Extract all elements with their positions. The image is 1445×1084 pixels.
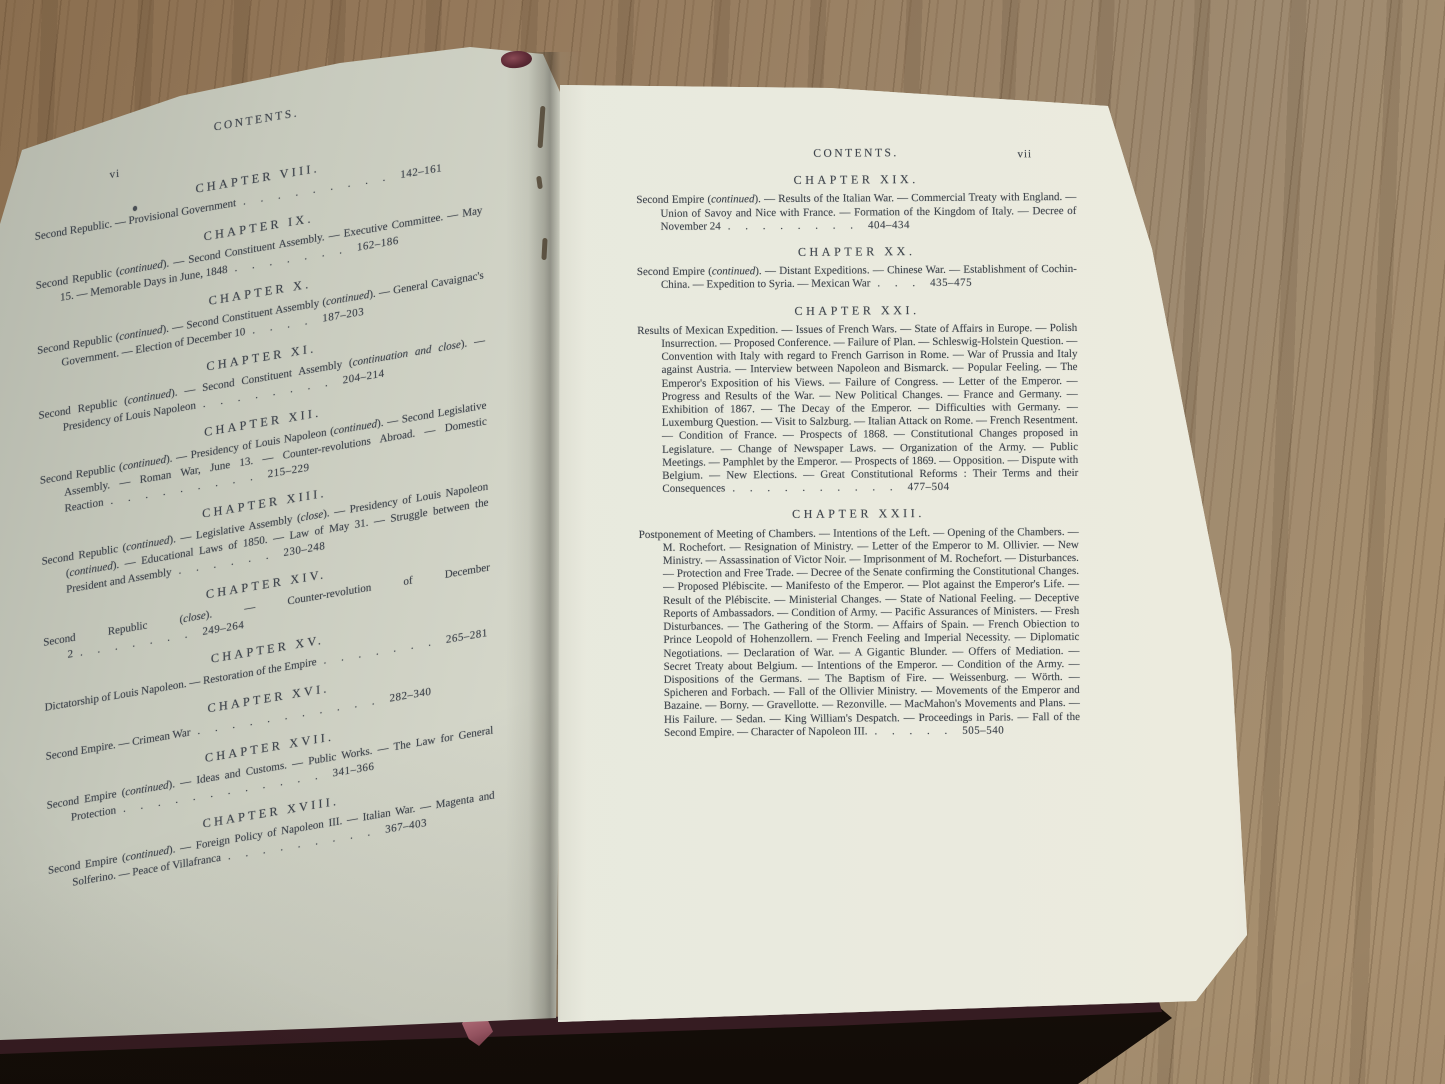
page-range: 265–281 bbox=[446, 627, 488, 646]
page-range: 477–504 bbox=[908, 481, 950, 493]
page-range: 404–434 bbox=[868, 219, 910, 231]
page-range: 215–229 bbox=[268, 461, 310, 480]
page-range: 187–203 bbox=[322, 306, 364, 325]
chapter-heading: CHAPTER XX. bbox=[637, 244, 1077, 260]
page-range: 505–540 bbox=[962, 724, 1004, 736]
page-range: 435–475 bbox=[930, 277, 972, 289]
chapter-heading: CHAPTER XIX. bbox=[636, 172, 1076, 188]
chapter-entry-xx: CHAPTER XX. Second Empire (continued). —… bbox=[637, 244, 1077, 293]
photo-of-open-book: CONTENTS. vi CHAPTER VIII. Second Republ… bbox=[0, 0, 1445, 1084]
page-range: 162–186 bbox=[357, 235, 399, 254]
page-number-vii: vii bbox=[1017, 148, 1032, 161]
chapter-summary: Results of Mexican Expedition. — Issues … bbox=[637, 322, 1078, 495]
page-range: 341–366 bbox=[332, 760, 374, 779]
leader-dots: . . . bbox=[877, 277, 921, 289]
chapter-entry-xxii: CHAPTER XXII. Postponement of Meeting of… bbox=[639, 506, 1081, 740]
leader-dots: . . . . . . . . bbox=[728, 219, 859, 232]
page-number-vi: vi bbox=[109, 162, 139, 183]
spine-gutter bbox=[506, 52, 586, 1020]
chapter-heading: CHAPTER XXI. bbox=[637, 303, 1077, 319]
leader-dots: . . . . . bbox=[874, 725, 953, 738]
right-page-text: CONTENTS. vii CHAPTER XIX. Second Empire… bbox=[636, 146, 1080, 740]
chapter-summary: Second Empire (continued). — Distant Exp… bbox=[637, 263, 1077, 291]
chapter-entry-xix: CHAPTER XIX. Second Empire (continued). … bbox=[636, 172, 1076, 234]
chapter-entry-xxi: CHAPTER XXI. Results of Mexican Expediti… bbox=[637, 303, 1078, 497]
page-range: 249–264 bbox=[202, 619, 244, 638]
chapter-summary: Postponement of Meeting of Chambers. — I… bbox=[639, 526, 1080, 739]
page-range: 142–161 bbox=[400, 162, 442, 181]
page-range: 204–214 bbox=[343, 367, 385, 386]
chapter-heading: CHAPTER XXII. bbox=[639, 506, 1079, 522]
page-range: 282–340 bbox=[389, 686, 431, 705]
leader-dots: . . . . . . . . . . bbox=[732, 481, 898, 494]
page-range: 230–248 bbox=[283, 540, 325, 559]
left-page-text: CONTENTS. vi CHAPTER VIII. Second Republ… bbox=[33, 74, 495, 894]
contents-heading-right: CONTENTS. bbox=[813, 147, 899, 160]
